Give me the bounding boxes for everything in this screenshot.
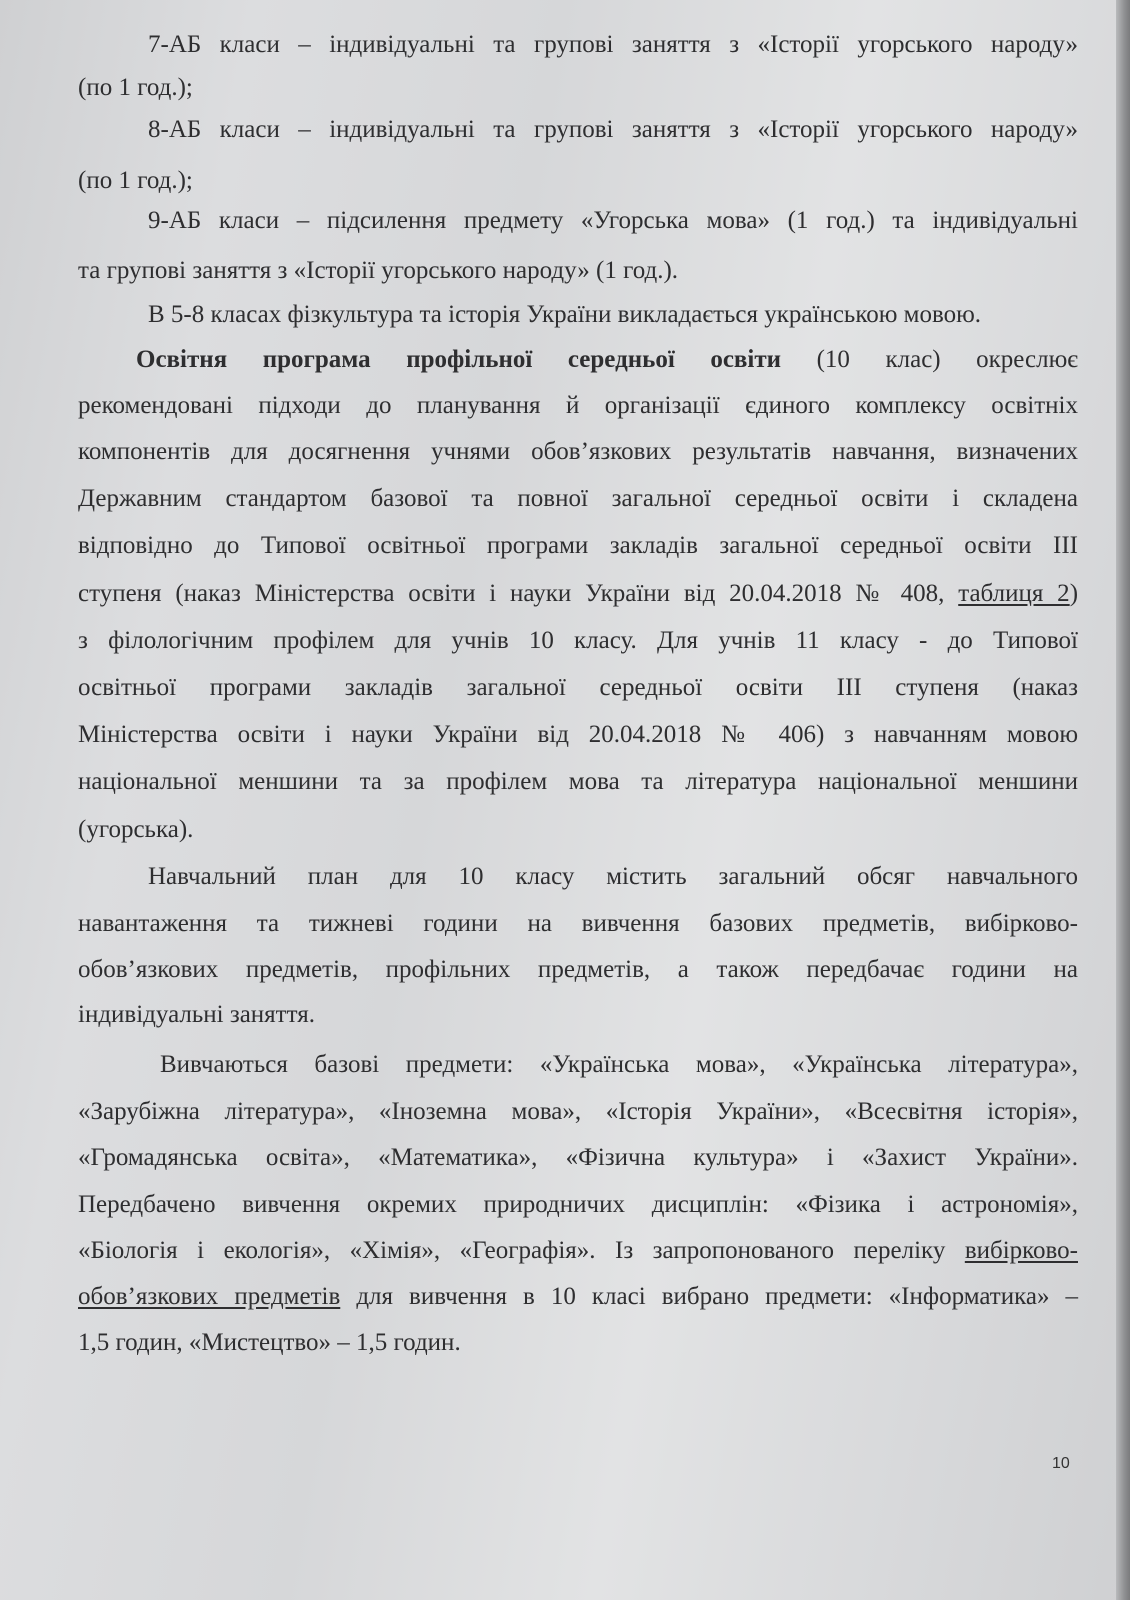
paragraph-line: Вивчаються базові предмети: «Українська … [78, 1050, 1078, 1080]
paragraph-line: обов’язкових предметів для вивчення в 10… [78, 1282, 1078, 1312]
paragraph-line: ступеня (наказ Міністерства освіти і нау… [78, 579, 1078, 609]
paragraph-line: національної меншини та за профілем мова… [78, 767, 1078, 797]
paragraph-line: Державним стандартом базової та повної з… [78, 484, 1078, 514]
paragraph-line: Освітня програма профільної середньої ос… [78, 345, 1078, 375]
paragraph-line: Міністерства освіти і науки України від … [78, 720, 1078, 750]
paragraph-line: рекомендовані підходи до планування й ор… [78, 391, 1078, 421]
elective-subjects-link-part2[interactable]: обов’язкових предметів [78, 1283, 340, 1310]
paragraph-line: «Громадянська освіта», «Математика», «Фі… [78, 1143, 1078, 1173]
paragraph-line: 1,5 годин, «Мистецтво» – 1,5 годин. [78, 1328, 1078, 1358]
page-number: 10 [1052, 1455, 1070, 1473]
paragraph-line: 9-АБ класи – підсилення предмету «Угорсь… [78, 206, 1078, 236]
paragraph-line: (по 1 год.); [78, 73, 1078, 103]
paragraph-line: обов’язкових предметів, профільних предм… [78, 955, 1078, 985]
paragraph-line: компонентів для досягнення учнями обов’я… [78, 437, 1078, 467]
section-heading: Освітня програма профільної середньої ос… [136, 346, 781, 373]
page-edge-shadow [1116, 0, 1130, 1600]
paragraph-line: (по 1 год.); [78, 166, 1078, 196]
paragraph-line: навантаження та тижневі години на вивчен… [78, 909, 1078, 939]
paragraph-line: та групові заняття з «Історії угорського… [78, 256, 1078, 286]
paragraph-line: В 5-8 класах фізкультура та історія Укра… [78, 300, 1078, 330]
paragraph-line: Передбачено вивчення окремих природничих… [78, 1190, 1078, 1220]
paragraph-line: індивідуальні заняття. [78, 1000, 1078, 1030]
elective-subjects-link-part1[interactable]: вибірково- [965, 1237, 1078, 1264]
paragraph-line: відповідно до Типової освітньої програми… [78, 531, 1078, 561]
paragraph-line: 8-АБ класи – індивідуальні та групові за… [78, 115, 1078, 145]
paragraph-line: освітньої програми закладів загальної се… [78, 673, 1078, 703]
paragraph-line: «Зарубіжна література», «Іноземна мова»,… [78, 1097, 1078, 1127]
paragraph-line: з філологічним профілем для учнів 10 кла… [78, 626, 1078, 656]
paragraph-line: (угорська). [78, 815, 1078, 845]
table-2-link[interactable]: таблиця 2 [958, 580, 1069, 607]
paragraph-line: 7-АБ класи – індивідуальні та групові за… [78, 30, 1078, 60]
paragraph-line: Навчальний план для 10 класу містить заг… [78, 862, 1078, 892]
paragraph-line: «Біологія і екологія», «Хімія», «Географ… [78, 1236, 1078, 1266]
